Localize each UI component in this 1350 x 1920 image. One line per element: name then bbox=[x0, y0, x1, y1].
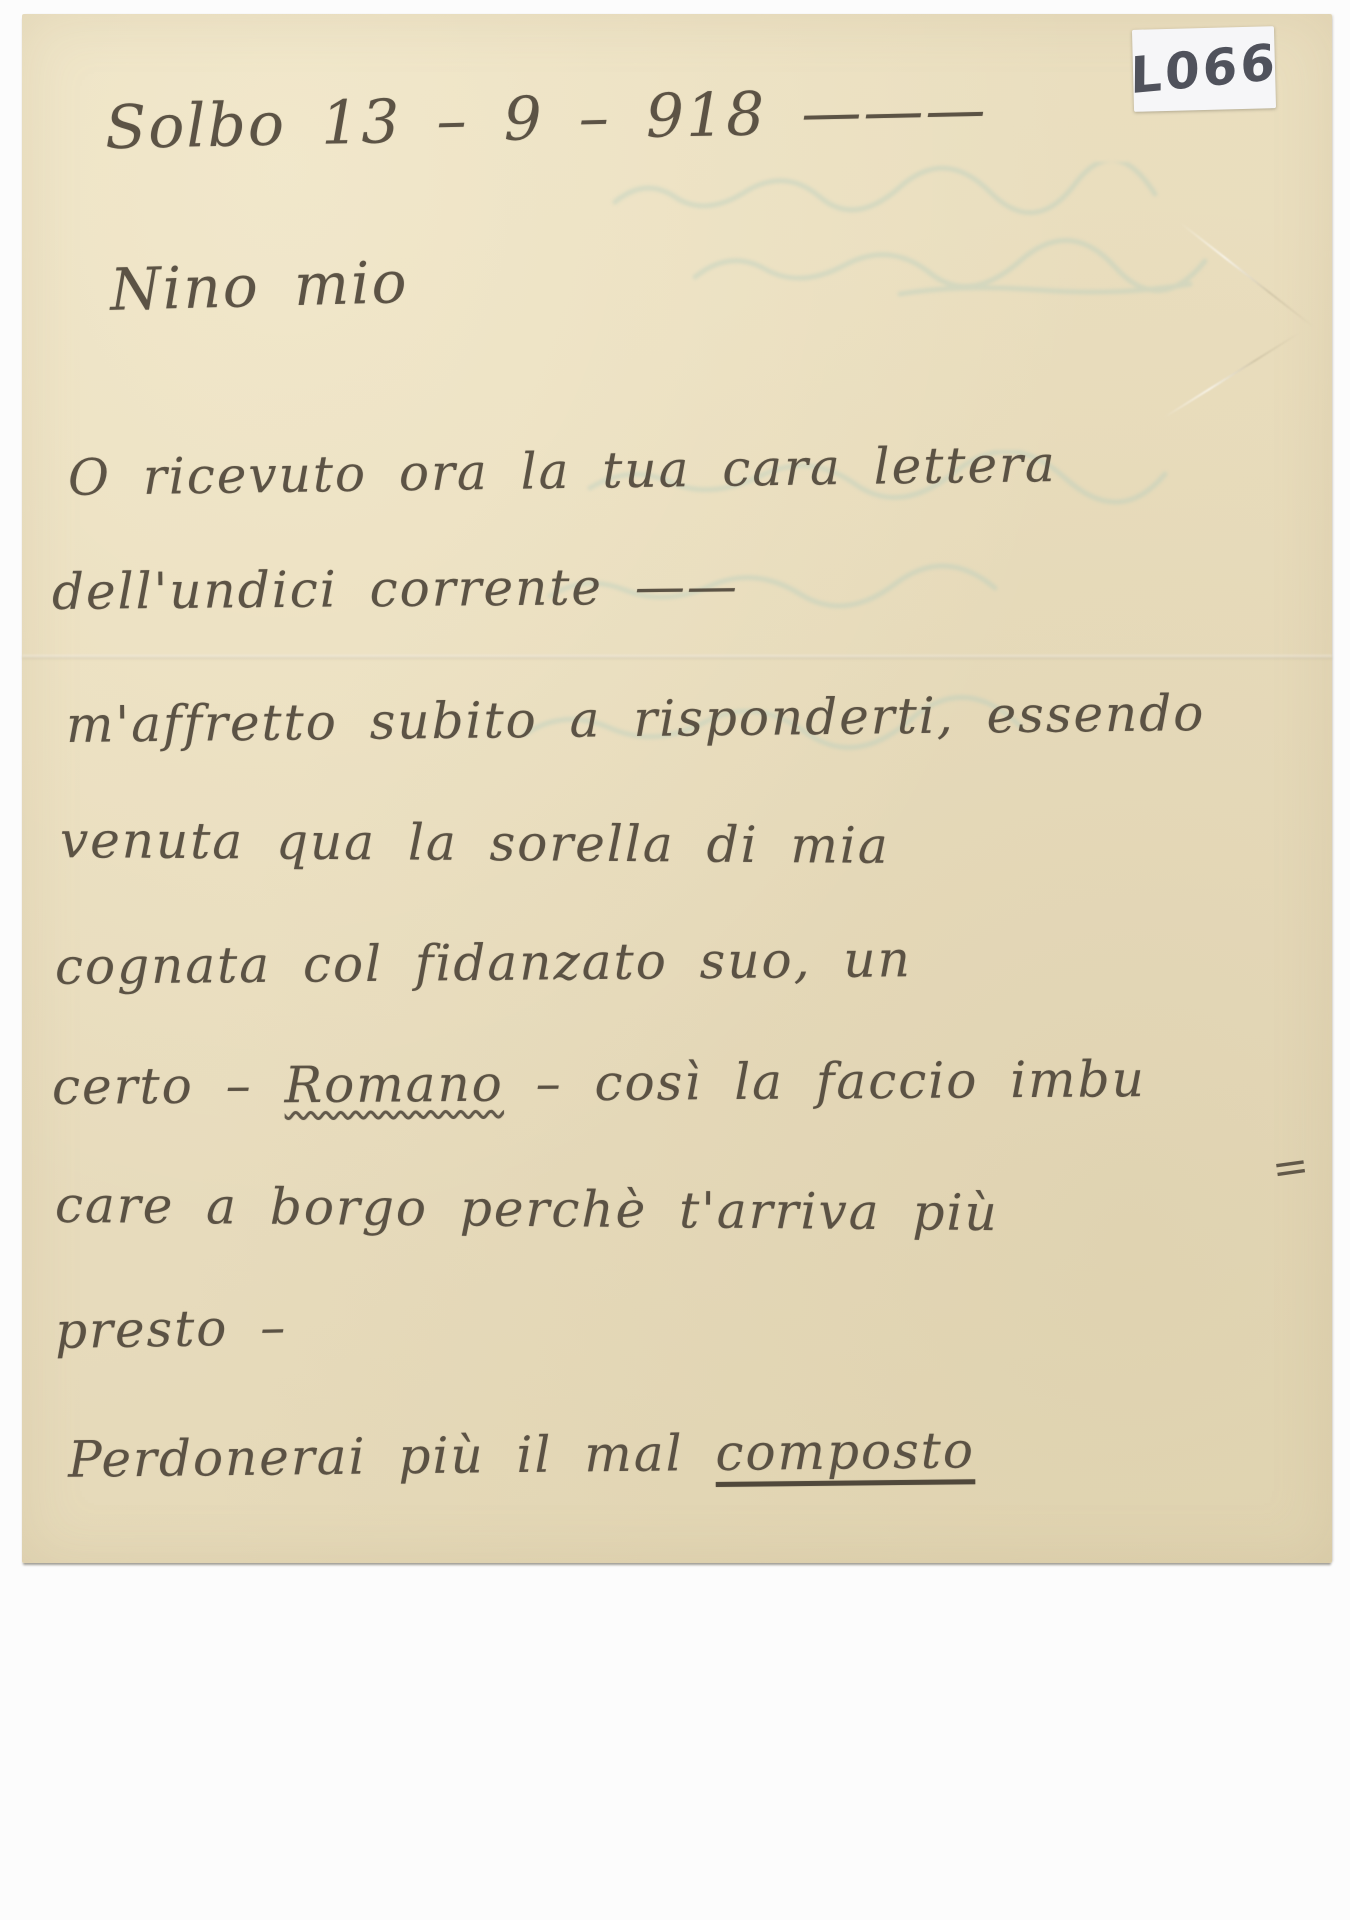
archive-code: L066 bbox=[1130, 33, 1278, 106]
body-line-text: venuta qua la sorella di mia bbox=[60, 811, 890, 875]
body-line: cognata col fidanzato suo, un bbox=[55, 930, 912, 995]
archive-label-sticker: L066 bbox=[1132, 26, 1276, 112]
letter-dateline: Solbo 13 – 9 – 918 ——— bbox=[104, 75, 988, 163]
underlined-word-composto: composto bbox=[715, 1421, 975, 1482]
body-line: Perdonerai più il mal composto bbox=[68, 1421, 976, 1488]
crease-line bbox=[1164, 332, 1301, 418]
scan-background: { "document": { "kind": "handwritten let… bbox=[0, 0, 1350, 1920]
letter-salutation: Nino mio bbox=[109, 248, 409, 324]
body-line-text: certo – bbox=[52, 1056, 285, 1116]
body-line-text: dell'undici corrente —— bbox=[52, 557, 739, 621]
body-line: presto – bbox=[55, 1298, 288, 1360]
body-line: m'affretto subito a risponderti, essendo bbox=[66, 684, 1206, 754]
body-line: dell'undici corrente —— bbox=[52, 557, 739, 621]
show-through-mark bbox=[690, 232, 1230, 302]
body-line-text: m'affretto subito a risponderti, essendo bbox=[66, 684, 1206, 754]
body-line-text: cognata col fidanzato suo, un bbox=[55, 930, 912, 995]
body-line: venuta qua la sorella di mia bbox=[60, 811, 890, 875]
body-line-text: – così la faccio imbu bbox=[504, 1050, 1146, 1112]
underlined-word-romano: Romano bbox=[284, 1055, 504, 1115]
letter-sheet: L066 Solbo 13 – 9 – 918 ——— Nino mio O r… bbox=[22, 14, 1332, 1563]
body-line-text: care a borgo perchè t'arriva più bbox=[55, 1176, 999, 1242]
body-line-text: presto – bbox=[55, 1298, 288, 1360]
hyphenation-mark: = bbox=[1269, 1140, 1313, 1196]
show-through-mark bbox=[610, 162, 1170, 222]
fold-crease bbox=[22, 655, 1332, 659]
body-line: care a borgo perchè t'arriva più bbox=[55, 1176, 999, 1242]
body-line: certo – Romano – così la faccio imbu bbox=[52, 1050, 1146, 1116]
body-line-text: Perdonerai più il mal bbox=[68, 1424, 716, 1489]
